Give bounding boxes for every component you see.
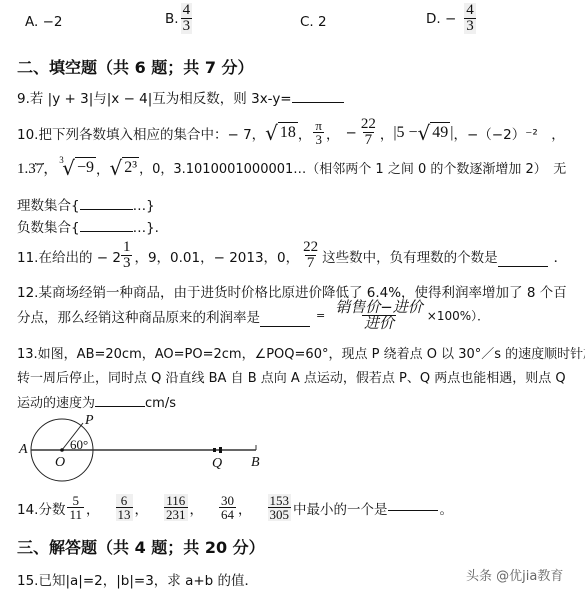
profit-rate-formula: 销售价−进价 进价 [333,300,425,331]
option-c: C. 2 [300,14,327,30]
fraction-option: 3064 [219,494,236,521]
sqrt-49: √49 [418,122,451,142]
sqrt-18: √18 [265,122,298,142]
question-13-line-2: 转一周后停止，同时点 Q 沿直线 BA 自 B 点向 A 点运动，假若点 P、Q… [17,367,566,386]
radicand: 18 [278,122,298,142]
question-14-prefix: 14.分数 [17,498,65,518]
numerator: 4 [464,3,476,18]
question-11-middle: ，9，0.01，− 2013，0， [134,246,299,266]
numerator: π [313,119,324,132]
numerator: 6 [119,494,130,507]
period: 。 [440,498,454,518]
numerator: 5 [71,494,82,507]
fraction-option: 613 [116,494,133,521]
watermark: 头条 @优jia教育 [466,565,563,584]
answer-blank[interactable] [260,314,310,327]
equals-sign: = [316,309,325,322]
option-d: D. − 4 3 [426,3,478,34]
comma: ， [298,123,312,143]
label-q: Q [212,456,222,472]
question-15: 15.已知|a|=2，|b|=3，求 a+b 的值． [17,569,258,589]
fraction-option: 116231 [164,494,188,521]
answer-blank[interactable] [292,90,344,103]
label-p: P [85,413,94,429]
question-11: 11.在给出的 − 2 1 3 ，9，0.01，− 2013，0， 22 7 这… [17,240,567,271]
numerator: 153 [268,494,292,507]
section-heading-solve: 三、解答题（共 4 题；共 20 分） [17,535,265,558]
irrational-set-line: 理数集合{…} [17,194,155,214]
denominator: 3 [181,18,193,34]
option-a: A. −2 [25,14,62,30]
question-10-line-1: 10.把下列各数填入相应的集合中：− 7， √18 ， π 3 ， − 22 7… [17,117,565,148]
section-heading-fill-in: 二、填空题（共 6 题；共 7 分） [17,55,254,78]
circle-line-figure [0,405,300,485]
question-12-line-2: 分点，那么经销这种商品原来的利润率是 = 销售价−进价 进价 ×100%）． [17,300,489,331]
question-10-intro: 10.把下列各数填入相应的集合中：− 7， [17,123,265,143]
set-close: …} [133,198,155,214]
question-9-text: 9.若 |y + 3|与|x − 4|互为相反数，则 3x-y= [17,91,292,107]
question-13-line-1: 13.如图，AB=20cm，AO=PO=2cm，∠POQ=60°，现点 P 绕着… [17,343,585,362]
question-14-suffix: 中最小的一个是 [293,498,388,518]
question-10-remainder: ，0，3.1010001000001…（相邻两个 1 之间 0 的个数逐渐增加 … [139,158,566,177]
denominator: 进价 [362,315,396,331]
radicand: −9 [75,157,96,177]
fraction-option: 153305 [268,494,292,521]
denominator: 3 [464,18,476,34]
denominator: 11 [67,507,84,521]
answer-blank[interactable] [498,254,548,267]
set-close: …}. [133,220,159,236]
denominator: 305 [268,507,292,521]
label-angle: 60° [70,437,88,453]
question-12-suffix: ×100%）． [427,307,489,324]
mixed-fraction: 1 3 [121,240,133,271]
radical-icon: √ [62,158,75,178]
option-d-fraction: 4 3 [464,3,476,34]
comma: ， [96,158,110,178]
question-11-prefix: 11.在给出的 − 2 [17,246,121,266]
fraction-option: 511 [67,494,84,521]
label-b: B [251,455,260,471]
comma: ， [135,498,149,518]
answer-blank[interactable] [388,498,438,511]
radical-icon: √ [110,158,123,178]
question-11-suffix: 这些数中，负有理数的个数是 [322,246,498,266]
cube-root-neg-9: 3 √−9 [62,157,96,177]
denominator: 3 [313,132,324,146]
root-index: 3 [59,155,64,165]
comma: ， [190,498,204,518]
question-12-line-1: 12.某商场经销一种商品，由于进货时价格比原进价降低了 6.4%，使得利润率增加… [17,281,567,301]
numerator: 销售价−进价 [333,300,425,315]
denominator: 13 [116,507,133,521]
option-d-label: D. − [426,11,456,27]
irrational-set-label: 理数集合{ [17,198,80,214]
comma: ， [86,498,100,518]
sqrt-2-cubed: √2³ [110,157,140,177]
minus-sign: − [346,125,357,141]
radical-icon: √ [418,123,431,143]
fraction-22-over-7: 22 7 [301,240,320,271]
numerator: 4 [181,3,193,18]
option-b: B. 4 3 [165,3,194,34]
negative-set-line: 负数集合{…}. [17,216,159,236]
numerator: 22 [301,240,320,255]
negative-set-blank[interactable] [80,219,133,232]
radicand: 2³ [122,157,139,177]
option-b-label: B. [165,11,179,27]
denominator: 64 [219,507,236,521]
comma: ， [326,123,340,143]
denominator: 7 [305,255,317,271]
fraction-22-over-7: 22 7 [359,117,378,148]
abs-left: |5 − [393,124,417,142]
numerator: 22 [359,117,378,132]
period: ． [554,246,568,266]
denominator: 231 [164,507,188,521]
label-o: O [55,455,65,471]
abs-expression: |5 − √49 | [393,122,453,142]
fraction-pi-over-3: π 3 [313,119,324,146]
denominator: 7 [363,132,375,148]
question-12-prefix: 分点，那么经销这种商品原来的利润率是 [17,306,260,326]
question-10-line-2: 1.3̇7̇， 3 √−9 ， √2³ ，0，3.1010001000001…（… [17,157,566,178]
numerator: 116 [164,494,187,507]
label-a: A [19,442,28,458]
numerator: 30 [219,494,236,507]
option-b-fraction: 4 3 [181,3,193,34]
repeating-decimal: 1.3̇7̇， [17,157,58,178]
question-9: 9.若 |y + 3|与|x − 4|互为相反数，则 3x-y= [17,87,344,107]
negative-power-term: ，−（−2）⁻² ， [454,123,565,143]
comma: ， [380,123,394,143]
numerator: 1 [121,240,133,255]
negative-set-label: 负数集合{ [17,220,80,236]
point-q-marker-2 [219,447,222,453]
irrational-set-blank[interactable] [80,197,133,210]
center-point [60,448,64,452]
denominator: 3 [121,255,133,271]
radicand: 49 [430,122,450,142]
radical-icon: √ [265,123,278,143]
point-q-marker [213,448,216,452]
comma: ， [238,498,252,518]
question-14: 14.分数 511 ， 613 ， 116231 ， 3064 ， 153305… [17,494,453,521]
